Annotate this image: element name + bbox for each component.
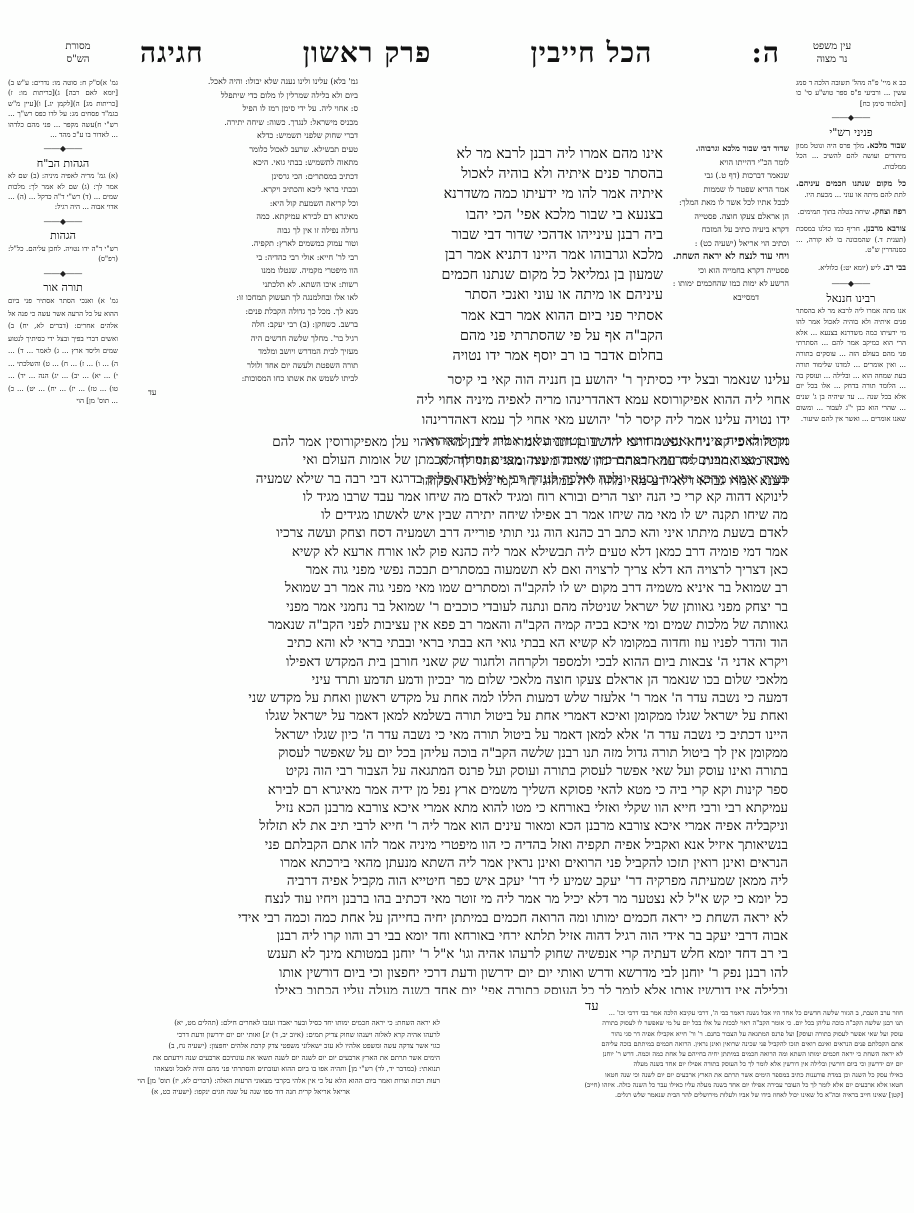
tosafot-line: דכתיב במסתרים: הכי גרסינן <box>128 170 358 184</box>
hagahot-habach-title: הגהות הב"ח <box>8 159 118 169</box>
gemara-line: להו רבנן נפק ר' יוחנן לבי מדרשא ודרש ואו… <box>128 965 788 983</box>
commentary-line: תנו רבנן שלשה הקב"ה בוכה עליהן בכל יום. … <box>448 1018 903 1028</box>
tosafot-line: רגיל בר'. מחלך שלשה חדשים היה <box>128 332 358 346</box>
commentary-line: חוזר ערב השבת, ב הגזור שלשה חדשים כל אחד… <box>448 1008 903 1018</box>
tosafot-line: רבי לר' חייא: אולי רבי כהדיה: בי <box>128 251 358 265</box>
ner-mitzvah-label: נר מצוה <box>802 53 862 66</box>
chapter-name: הכל חייבין <box>530 36 652 70</box>
commentary-line: חטאו אלא ארבעים יום אלא לומר לך כל העובר… <box>448 1080 903 1090</box>
tosafot-commentary: גמ' בלא) עלינו ולינו נענה שלא יבולו: והי… <box>128 75 358 415</box>
gemara-line: מלכא וגרבוהו אמר היינו דתניא אמר רבן <box>363 245 663 265</box>
tosafot-line: לאו אלו ובחלמנגה לך תעשוק תמחכו זו: <box>128 291 358 305</box>
page-title: ה: הכל חייבין פרק ראשון חגיגה <box>140 36 780 70</box>
gemara-line: אבדה עצה מבנים נסרחה חכמתם כיון שאבדה עצ… <box>128 452 788 470</box>
commentary-line: כאילו עסק כל השנה וכן במדת פורענות כתיב … <box>448 1070 903 1080</box>
left-margin: גמ' א)ס"ק ח: סוטה מו: נדרים: ע"ש ב)[יומא… <box>8 78 118 1008</box>
gemara-line: בתורה ואינו עוסק ועל שאי אפשר לעסוק בתור… <box>128 763 788 781</box>
folio-number: ה: <box>752 36 780 70</box>
footnote-line: לא יראה השחת: כי יראה חכמים ימותו יחד כס… <box>110 1018 440 1030</box>
gemara-line: ביה רבנן עינייהו אדהכי שדור דבי שבור <box>363 225 663 245</box>
gemara-line: בעית אימא מהכא ויאמר נסעה ונלכה ואלכה לנ… <box>128 471 788 489</box>
chapter-number: פרק ראשון <box>303 36 432 70</box>
footnote-line: אריאל אריאל קרית חנה דוד ספו שנה על שנה … <box>110 1087 440 1099</box>
tosafot-line: מאיגרא רם לבירא עמיקתא. כמה <box>128 210 358 224</box>
hashas-label: הש"ס <box>50 53 106 66</box>
commentary-line: אתם הקבלתם פנים הנראים ואינם רואים תזכו … <box>448 1039 903 1049</box>
gemara-line: אבוה דרבי יעקב בר אידי הוה רגיל דהוה אזי… <box>128 928 788 946</box>
gemara-line: וקטלוהו כי קא ניחא נפשה דרבי יהושע בן חנ… <box>128 434 788 452</box>
gemara-line: ויקרא אדני ה' צבאות ביום ההוא לבכי ולמספ… <box>128 654 788 672</box>
gemara-line: אינו מהם אמרו ליה רבנן לרבא מר לא <box>363 144 663 164</box>
commentary-line: עוסק ועל שאי אפשר לעסוק בתורה ועוסק] ועל… <box>448 1029 903 1039</box>
commentary-line: יום יום ידרשון וכי ביום דורשין ובלילה אי… <box>448 1059 903 1069</box>
footnote-line: לרעהו אהיה קרא לאלוה ויענהו שחוק צדיק תמ… <box>110 1030 440 1042</box>
ein-mishpat-text: כב א מיי' פ"ה מהל' תשובה הלכה ד סמג עשין… <box>796 78 906 109</box>
gemara-line: איתיה אמר להו מי ידעיתו כמה משדרנא <box>363 184 663 204</box>
gemara-line: ואחת על ישראל שגלו ממקומן ואיכא דאמרי אח… <box>128 708 788 726</box>
gemara-line: אסתיר פני ביום ההוא אמר רבא אמר <box>363 306 663 326</box>
tosafot-line: ובבתי בראי ליכא והכתיב ויקרא. <box>128 183 358 197</box>
tosafot-line: רשות: איכו השתא. לא תלכתני <box>128 278 358 292</box>
tosafot-line: דברי שחוק שלפני תשמיש: כדלא <box>128 129 358 143</box>
torah-ohr-title: תורה אור <box>8 283 118 293</box>
tosafot-line: גמ' בלא) עלינו ולינו נענה שלא יבולו: והי… <box>128 75 358 89</box>
gemara-line: בר יצחק מפני גאוותן של ישראל שניטלה מהם … <box>128 599 788 617</box>
gemara-line: גאוותה של מלכות שמים ומי איכא בכיה קמיה … <box>128 617 788 635</box>
divider-ornament: ――◆―― <box>796 279 906 289</box>
gemara-line: לאדם בשעת מיתתו איני והא כתב רב כהנא הוה… <box>128 525 788 543</box>
footnote-line: הימים אשר תרתם את הארץ ארבעים יום יום לש… <box>110 1053 440 1065</box>
tosafot-line: ס: אחוי ליה. על ידי סימן רמז לו הפיל <box>128 102 358 116</box>
footnote-line: כגוי אשר צדקה עשה ומשפט אלהיו לא עזב ישא… <box>110 1041 440 1053</box>
divider-ornament: ――◆―― <box>796 113 906 123</box>
footnote-line: רעות רבות וצרות ואמר ביום ההוא הלא על כי… <box>110 1076 440 1088</box>
pnei-rashi-entry: בבי רב. ליש (יומא יט:) כלוליא. <box>796 262 906 273</box>
pnei-rashi-entry: כל מקום שנתנו חכמים עיניהם. לתת להם מיתה… <box>796 178 906 200</box>
right-margin: כב א מיי' פ"ה מהל' תשובה הלכה ד סמג עשין… <box>796 78 906 1008</box>
tosafot-line: וטור עמוק כמשמים לארץ: תקפיה. <box>128 237 358 251</box>
gemara-line: הקב"ה אף על פי שהסתרתי פני מהם <box>363 326 663 346</box>
gemara-line: לא יראה השחת כי יראה חכמים ימותו ומה הרו… <box>128 910 788 928</box>
gemara-line: שמעון בן גמליאל כל מקום שנתנו חכמים <box>363 265 663 285</box>
gemara-wide-block: וקטלוהו כי קא ניחא נפשה דרבי יהושע בן חנ… <box>128 434 788 994</box>
gemara-line: עלינו שנאמר ובצל ידי כסיתיך ר' יהושע בן … <box>200 370 790 390</box>
divider-ornament: ――◆―― <box>8 217 118 227</box>
tosafot-line: מתאוה לתשמיש: בבתי גואי. היכא <box>128 156 358 170</box>
rabbenu-chananel-text: אנו מתה אמרו ליה לרבא מר לא בהסתר פנים א… <box>796 306 906 425</box>
gemara-line: בי רב דחד יומא חלש דעתיה קרי אנפשיה שחוק… <box>128 946 788 964</box>
gemara-line: עמיקתא רבי ורבי חייא הוו שקלי ואזלי באור… <box>128 800 788 818</box>
gemara-line: היינו דכתיב כי נשבה עדר ה' אלא למאן דאמר… <box>128 727 788 745</box>
pnei-rashi-entry: רפח וצחק. שיחה בטלה בתוך תמימים. <box>796 206 906 217</box>
tosafot-line: טעים תבשילא. שרעב לאכול כלומר <box>128 143 358 157</box>
gemara-line: אמר דמי פומיה דרב כמאן דלא טעים ליה תבשי… <box>128 544 788 562</box>
gemara-top-block: אינו מהם אמרו ליה רבנן לרבא מר לא בהסתר … <box>363 144 663 374</box>
hagahot-habach-text: (א) גמ' מריה לאפיה מיניה: (ב) שם לא אמר … <box>8 171 118 213</box>
gemara-line: רב שמואל בר איניא משמיה דרב מקום יש לו ל… <box>128 580 788 598</box>
gemara-line: הנראים ואינן רואין תזכו להקביל פני הרואי… <box>128 855 788 873</box>
pnei-rashi-entry: צורבא מרבנן. חריף כמו כולנו במסכת (תענית… <box>796 223 906 255</box>
pnei-rashi-title: פניני רש"י <box>796 128 906 138</box>
gemara-line: כל יומא כי קש א"ל לא נצטער מר דלא יכיל מ… <box>128 891 788 909</box>
hagahot-title: הגהות <box>8 231 118 241</box>
gemara-line: בחלום אדבר בו רב יוסף אמר ידו נטויה <box>363 346 663 366</box>
tosafot-line: גדולה נפילה זו אין לך גבוה <box>128 224 358 238</box>
masoret-label: מסורת <box>50 40 106 53</box>
tosafot-line: וכל קריאה השמעת קול היא: <box>128 197 358 211</box>
divider-ornament: ――◆―― <box>8 144 118 154</box>
gemara-line: מלאכי שלום בכו שנאמר הן אראלם צעקו חוצה … <box>128 672 788 690</box>
gemara-line: מה שיחו תקנה יש לו מאי מה שיחו אמר רב אפ… <box>128 507 788 525</box>
masoret-text: גמ' א)ס"ק ח: סוטה מו: נדרים: ע"ש ב)[יומא… <box>8 78 118 140</box>
tosafot-line: מעזיך לבית המדרש ויושב ומלמד <box>128 345 358 359</box>
gemara-line: עיניהם או מיתה או עוני ואנכי הסתר <box>363 285 663 305</box>
torah-ohr-text: גמ' א) ואנכי הסתר אסתיר פני ביום ההוא על… <box>8 295 118 408</box>
tosafot-line: ביום ולא בלילה שמרלין לו מלום כדי שיתפלל <box>128 89 358 103</box>
gemara-line: כאן דצריך לרצויה הא דלא צריך לרצויה ואם … <box>128 562 788 580</box>
gemara-line: וניקבליה אפיה אמרי איכא צורבא מרבנן הכא … <box>128 818 788 836</box>
masoret-header: מסורת הש"ס <box>50 40 106 66</box>
gemara-line: הוד והדר לפניו עוז וחדוה במקומו לא קשיא … <box>128 635 788 653</box>
tosafot-line: מכניס מישראל: לנגדך. כשוה: שיחה יתירה. <box>128 116 358 130</box>
commentary-line: לא יראה השחת כי יראה חכמים ימותו השתא ומ… <box>448 1049 903 1059</box>
tosafot-line: ברשב. כשחקן: (ב) רבי יעקב: חלה <box>128 318 358 332</box>
gemara-line: לינוקא דהוה קא קרי כי הנה יוצר הרים ובור… <box>128 489 788 507</box>
bottom-verse-references: לא יראה השחת: כי יראה חכמים ימותו יחד כס… <box>110 1018 440 1118</box>
bottom-commentary: חוזר ערב השבת, ב הגזור שלשה חדשים כל אחד… <box>448 1008 903 1108</box>
hagahot-text: רש"י ד"ה ידו נטויה. לחכן עליהם. כל"ל: (ר… <box>8 244 118 265</box>
ein-mishpat-header: עין משפט נר מצוה <box>802 40 862 66</box>
ein-mishpat-label: עין משפט <box>802 40 862 53</box>
gemara-line: ובלילה אין דורשין אותו אלא לומר לך כל הע… <box>128 983 788 994</box>
pnei-rashi-entry: שבור מלכא. מלך פרס היה ונוטל ממון מיהודי… <box>796 140 906 172</box>
gemara-line: ממקומן אין לך ביטול תורה גדול מזה תנו רב… <box>128 745 788 763</box>
gemara-line: אחוי ליה ההוא אפיקורוסא עמא דאהדרינהו מר… <box>200 390 790 410</box>
gemara-line: ליה ממאן שמעיתה מפרקיה דר' יעקב שמיע לי … <box>128 873 788 891</box>
rabbenu-chananel-title: רבינו חננאל <box>796 294 906 304</box>
gemara-line: בהסתר פנים איתיה ולא בוהיה לאכול <box>363 164 663 184</box>
tractate-name: חגיגה <box>140 36 204 70</box>
gemara-line: בנשיאותך איזיל אנא ואקביל אפיה תקפיה ואז… <box>128 837 788 855</box>
gemara-line: דמעה כי נשבה עדר ה' אמר ר' אלעזר שלש דמע… <box>128 690 788 708</box>
gemara-line: ספר קינות וקא קרי ביה כי מטא להאי פסוקא … <box>128 782 788 800</box>
tosafot-line: מנא לך. מכל כך גדולה הקבלת פנים: <box>128 305 358 319</box>
footnote-line: תנואתי: (במדבר יד, לד) רש"י מן] ותהיה אפ… <box>110 1064 440 1076</box>
tosafot-line: הוו מיפטרי מקמיה. שנטלו ממנו <box>128 264 358 278</box>
gemara-line: בצנעא בי שבור מלכא אפי' הכי יהבו <box>363 205 663 225</box>
divider-ornament: ――◆―― <box>8 269 118 279</box>
talmud-page: עין משפט נר מצוה מסורת הש"ס ה: הכל חייבי… <box>0 0 914 1213</box>
commentary-line: [קטן] שאינו חייב בראיה ובה"א כל שאינו יכ… <box>448 1090 903 1100</box>
gemara-line: ידו נטויה עלינו אמר ליה קיסר לר' יהושע מ… <box>200 410 790 430</box>
